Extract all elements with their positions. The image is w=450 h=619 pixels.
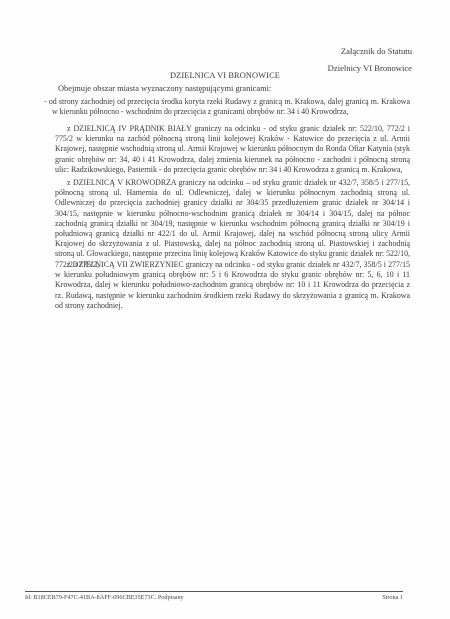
footer-document-id: Id: B18CEB79-F47C-41BA-8AFF-096CBE35E73C… — [25, 594, 184, 601]
paragraph-text: - od strony zachodniej od przecięcia śro… — [44, 97, 410, 117]
boundary-pradnik-bialy-paragraph: z DZIELNICĄ IV PRĄDNIK BIAŁY graniczy na… — [55, 124, 410, 175]
boundary-west-paragraph: - od strony zachodniej od przecięcia śro… — [44, 97, 410, 117]
intro-text: Obejmuje obszar miasta wyznaczony następ… — [58, 84, 271, 93]
document-title: DZIELNICA VI BRONOWICE — [0, 71, 450, 80]
document-page: Załącznik do Statutu Dzielnicy VI Bronow… — [0, 0, 450, 619]
footer-divider — [25, 591, 403, 592]
footer-page-number: Strona 1 — [382, 594, 403, 601]
annex-line-1: Załącznik do Statutu — [328, 43, 412, 60]
boundary-krowodrza-paragraph: z DZIELNICĄ V KROWODRZA graniczy na odci… — [55, 178, 410, 270]
boundary-zwierzyniec-paragraph: z DZIELNICĄ VII ZWIERZYNIEC graniczy na … — [55, 260, 410, 311]
